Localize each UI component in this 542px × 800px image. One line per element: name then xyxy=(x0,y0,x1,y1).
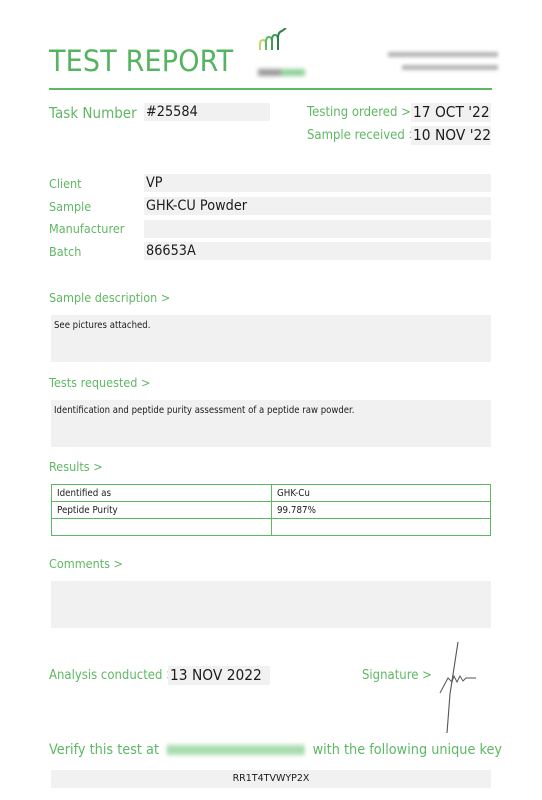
signature-label: Signature > xyxy=(362,668,432,683)
sample-description-heading: Sample description > xyxy=(49,290,170,305)
table-row: Peptide Purity 99.787% xyxy=(52,502,491,519)
header-divider xyxy=(49,88,492,90)
result-name-cell xyxy=(52,519,272,536)
client-label: Client xyxy=(49,176,82,191)
page-title: TEST REPORT xyxy=(49,44,233,78)
logo-wordmark-redacted xyxy=(258,61,308,71)
table-row xyxy=(52,519,491,536)
client-field: VP xyxy=(144,174,491,192)
sample-received-label: Sample received > xyxy=(307,128,418,143)
sample-field: GHK-CU Powder xyxy=(144,197,491,215)
task-number-label: Task Number xyxy=(49,104,137,122)
comments-heading: Comments > xyxy=(49,556,123,571)
result-name-cell: Peptide Purity xyxy=(52,502,272,519)
analysis-conducted-label: Analysis conducted > xyxy=(49,668,176,683)
analysis-date-field: 13 NOV 2022 xyxy=(168,666,270,685)
result-value-cell: 99.787% xyxy=(272,502,491,519)
results-table: Identified as GHK-Cu Peptide Purity 99.7… xyxy=(51,484,491,536)
testing-ordered-label: Testing ordered > xyxy=(307,105,411,120)
comments-box xyxy=(51,581,491,628)
table-row: Identified as GHK-Cu xyxy=(52,485,491,502)
sample-received-field: 10 NOV '22 xyxy=(411,126,491,145)
sample-label: Sample xyxy=(49,199,91,214)
sample-description-box: See pictures attached. xyxy=(51,315,491,362)
result-value-cell: GHK-Cu xyxy=(272,485,491,502)
manufacturer-label: Manufacturer xyxy=(49,221,124,236)
signature-icon xyxy=(436,638,486,738)
verify-url-redacted[interactable] xyxy=(167,745,305,755)
results-heading: Results > xyxy=(49,459,103,474)
verify-line: Verify this test at with the following u… xyxy=(49,742,502,758)
batch-label: Batch xyxy=(49,244,81,259)
tests-requested-heading: Tests requested > xyxy=(49,375,150,390)
manufacturer-field xyxy=(144,220,491,238)
result-value-cell xyxy=(272,519,491,536)
batch-field: 86653A xyxy=(144,242,491,260)
task-number-field: #25584 xyxy=(144,103,270,121)
result-name-cell: Identified as xyxy=(52,485,272,502)
tests-requested-box: Identification and peptide purity assess… xyxy=(51,400,491,447)
unique-key-field: RR1T4TVWYP2X xyxy=(51,770,491,788)
contact-info-redacted xyxy=(378,50,498,76)
testing-ordered-field: 17 OCT '22 xyxy=(411,103,491,122)
verify-suffix: with the following unique key xyxy=(313,742,502,758)
verify-prefix: Verify this test at xyxy=(49,742,159,758)
